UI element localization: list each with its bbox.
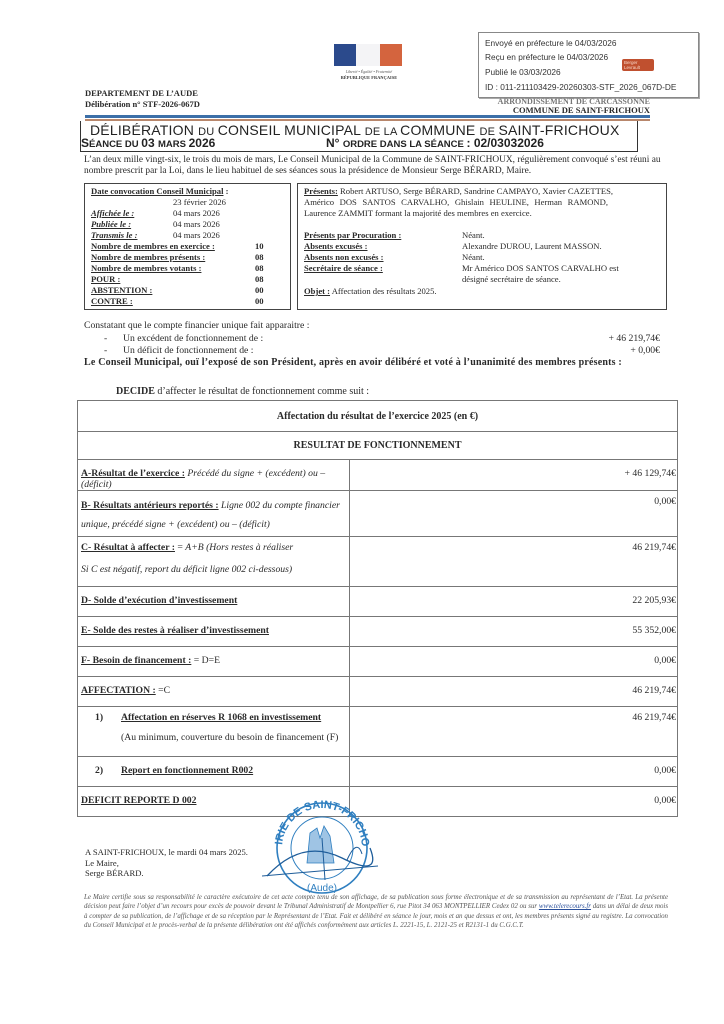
table-title: Affectation du résultat de l’exercice 20…	[78, 401, 678, 432]
republique-francaise-logo: Liberté • Égalité • Fraternité RÉPUBLIQU…	[334, 44, 404, 86]
flag-blue-band	[334, 44, 356, 66]
received-by-prefecture: Reçu en préfecture le 04/03/2026	[485, 52, 608, 62]
procuration-label: Présents par Procuration :	[304, 230, 401, 240]
constat-amount: + 0,00€	[630, 345, 660, 358]
header-right: ARRONDISSEMENT DE CARCASSONNE COMMUNE DE…	[483, 96, 650, 116]
decide-statement: DECIDE d’affecter le résultat de fonctio…	[116, 386, 369, 397]
count-label: Nombre de membres en exercice :	[91, 241, 215, 251]
transmis-label: Transmis le :	[91, 230, 137, 240]
constat-items: -Un excédent de fonctionnement de :+ 46 …	[84, 333, 684, 358]
procuration-value: Néant.	[462, 230, 485, 240]
ordre-seance: N° ORDRE DANS LA SÉANCE : 02/03032026	[326, 136, 544, 150]
header-rule-blue	[85, 115, 650, 118]
table-row: C- Résultat à affecter : = A+B (Hors res…	[78, 537, 678, 587]
place-date: A SAINT-FRICHOUX, le mardi 04 mars 2025.	[85, 847, 248, 858]
count-value: 08	[255, 274, 264, 284]
presents-line3: Laurence ZAMMIT formant la majorité des …	[304, 208, 532, 218]
intro-paragraph: L’an deux mille vingt-six, le trois du m…	[84, 155, 669, 177]
row-value: 46 219,74€	[350, 537, 678, 587]
row-label: AFFECTATION : =C	[78, 677, 350, 707]
count-value: 08	[255, 263, 264, 273]
excuses-value: Alexandre DUROU, Laurent MASSON.	[462, 241, 602, 251]
row-label: 2)Report en fonctionnement R002	[78, 757, 350, 787]
mairie-stamp: MAIRIE DE SAINT-FRICHOUX (Aude)	[262, 798, 380, 896]
row-value: 55 352,00€	[350, 617, 678, 647]
row-value: 0,00€	[350, 757, 678, 787]
publiee-date: 04 mars 2026	[173, 219, 220, 229]
header-left: DEPARTEMENT DE L’AUDE Délibération n° ST…	[85, 88, 200, 110]
departement: DEPARTEMENT DE L’AUDE	[85, 88, 200, 99]
convocation-label: Date convocation Conseil Municipal :	[91, 186, 229, 196]
count-label: ABSTENTION :	[91, 285, 152, 295]
presence-box: Présents: Robert ARTUSO, Serge BÉRARD, S…	[297, 183, 667, 310]
signer-name: Serge BÉRARD.	[85, 868, 248, 879]
convocation-box: Date convocation Conseil Municipal : 23 …	[84, 183, 291, 310]
count-value: 08	[255, 252, 264, 262]
table-row: D- Solde d’exécution d’investissement22 …	[78, 587, 678, 617]
sent-to-prefecture: Envoyé en préfecture le 04/03/2026	[485, 38, 616, 48]
table-section-row: RESULTAT DE FONCTIONNEMENT	[78, 432, 678, 460]
count-value: 00	[255, 296, 264, 306]
row-label: C- Résultat à affecter : = A+B (Hors res…	[78, 537, 350, 587]
deliberation-number: Délibération n° STF-2026-067D	[85, 99, 200, 110]
table-title-row: Affectation du résultat de l’exercice 20…	[78, 401, 678, 432]
non-excuses-label: Absents non excusés :	[304, 252, 384, 262]
objet: Objet : Affectation des résultats 2025.	[304, 286, 437, 296]
seance-date: SÉANCE DU 03 MARS 2026	[81, 136, 215, 150]
count-value: 10	[255, 241, 264, 251]
table-row: E- Solde des restes à réaliser d’investi…	[78, 617, 678, 647]
count-label: POUR :	[91, 274, 120, 284]
count-label: CONTRE :	[91, 296, 133, 306]
table-row: F- Besoin de financement : = D=E0,00€	[78, 647, 678, 677]
row-label: A-Résultat de l’exercice : Précédé du si…	[78, 460, 350, 491]
flag-red-band	[380, 44, 402, 66]
marianne-profile-icon	[356, 44, 380, 66]
presents-line2: Américo DOS SANTOS CARVALHO, Ghislain HE…	[304, 197, 608, 207]
affichee-date: 04 mars 2026	[173, 208, 220, 218]
row-label: F- Besoin de financement : = D=E	[78, 647, 350, 677]
signature-block: A SAINT-FRICHOUX, le mardi 04 mars 2025.…	[85, 847, 248, 879]
constat-amount: + 46 219,74€	[609, 333, 660, 346]
table-row: 2)Report en fonctionnement R0020,00€	[78, 757, 678, 787]
telerecours-link[interactable]: www.telerecours.fr	[539, 903, 591, 910]
row-value: 0,00€	[350, 647, 678, 677]
logo-motto: Liberté • Égalité • Fraternité	[334, 69, 404, 74]
act-id: ID : 011-211103429-20260303-STF_2026_067…	[485, 82, 676, 92]
constat-intro: Constatant que le compte financier uniqu…	[84, 320, 684, 333]
row-label: D- Solde d’exécution d’investissement	[78, 587, 350, 617]
published-date: Publié le 03/03/2026	[485, 67, 561, 77]
table-section: RESULTAT DE FONCTIONNEMENT	[78, 432, 678, 460]
publiee-label: Publiée le :	[91, 219, 131, 229]
count-label: Nombre de membres votants :	[91, 263, 201, 273]
non-excuses-value: Néant.	[462, 252, 485, 262]
prefecture-stamp-box: Envoyé en préfecture le 04/03/2026 Reçu …	[478, 32, 699, 98]
row-label: 1)Affectation en réserves R 1068 en inve…	[78, 707, 350, 757]
row-value: 22 205,93€	[350, 587, 678, 617]
secretaire-line1: Mr Américo DOS SANTOS CARVALHO est	[462, 263, 619, 273]
row-value: 46 219,74€	[350, 707, 678, 757]
constat-item: -Un déficit de fonctionnement de :+ 0,00…	[84, 345, 684, 358]
conseil-statement: Le Conseil Municipal, ouï l’exposé de so…	[84, 357, 684, 370]
legal-notice: Le Maire certifie sous sa responsabilité…	[84, 893, 668, 930]
title-box: DÉLIBÉRATION DU CONSEIL MUNICIPAL DE LA …	[80, 121, 638, 152]
affectation-table: Affectation du résultat de l’exercice 20…	[77, 400, 678, 817]
signer-role: Le Maire,	[85, 858, 248, 869]
arrondissement: ARRONDISSEMENT DE CARCASSONNE	[483, 96, 650, 105]
table-row: B- Résultats antérieurs reportés : Ligne…	[78, 491, 678, 537]
berger-levrault-badge: Berger Levrault	[622, 59, 654, 71]
transmis-date: 04 mars 2026	[173, 230, 220, 240]
table-row: AFFECTATION : =C46 219,74€	[78, 677, 678, 707]
row-value: + 46 129,74€	[350, 460, 678, 491]
affichee-label: Affichée le :	[91, 208, 134, 218]
row-value: 0,00€	[350, 787, 678, 817]
row-label: B- Résultats antérieurs reportés : Ligne…	[78, 491, 350, 537]
constat-item: -Un excédent de fonctionnement de :+ 46 …	[84, 333, 684, 346]
row-label: E- Solde des restes à réaliser d’investi…	[78, 617, 350, 647]
constat-section: Constatant que le compte financier uniqu…	[84, 320, 684, 358]
secretaire-line2: désigné secrétaire de séance.	[462, 274, 561, 284]
table-row: A-Résultat de l’exercice : Précédé du si…	[78, 460, 678, 491]
row-value: 0,00€	[350, 491, 678, 537]
logo-republique: RÉPUBLIQUE FRANÇAISE	[334, 75, 404, 80]
count-label: Nombre de membres présents :	[91, 252, 205, 262]
presents-line1: Présents: Robert ARTUSO, Serge BÉRARD, S…	[304, 186, 613, 196]
excuses-label: Absents excusés :	[304, 241, 368, 251]
count-value: 00	[255, 285, 264, 295]
table-row: 1)Affectation en réserves R 1068 en inve…	[78, 707, 678, 757]
secretaire-label: Secrétaire de séance :	[304, 263, 383, 273]
row-value: 46 219,74€	[350, 677, 678, 707]
convocation-date: 23 février 2026	[173, 197, 226, 207]
